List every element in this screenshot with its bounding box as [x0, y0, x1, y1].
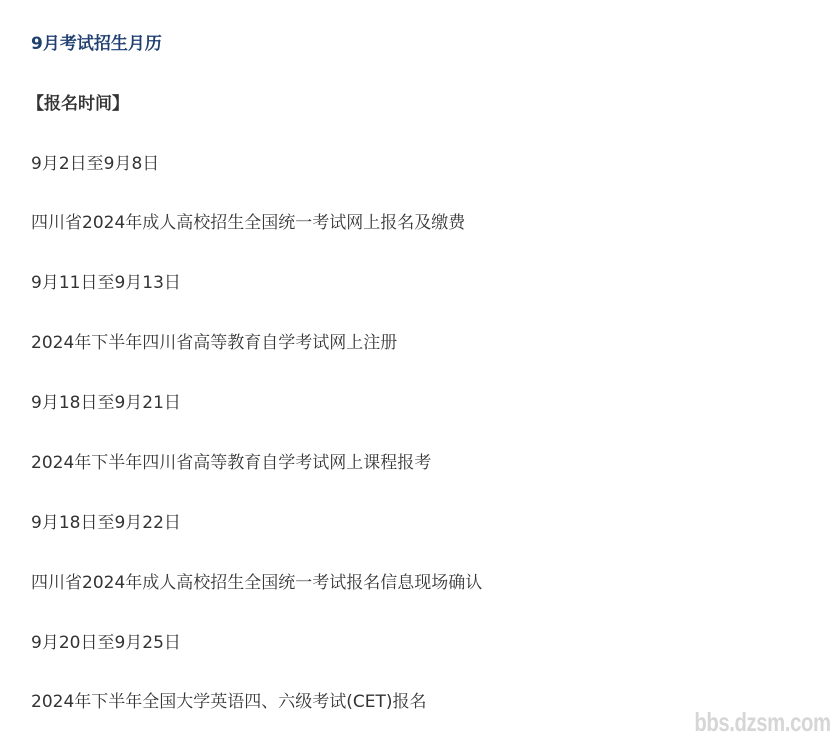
entry-date: 9月11日至9月13日 [31, 271, 181, 295]
entry-event: 2024年下半年四川省高等教育自学考试网上课程报考 [31, 451, 431, 475]
entry-event: 四川省2024年成人高校招生全国统一考试报名信息现场确认 [31, 571, 482, 595]
watermark: bbs.dzsm.com [695, 707, 831, 738]
entry-date: 9月18日至9月21日 [31, 391, 181, 415]
entry-event: 四川省2024年成人高校招生全国统一考试网上报名及缴费 [31, 211, 465, 235]
article-title: 9月考试招生月历 [31, 32, 162, 56]
entry-date: 9月20日至9月25日 [31, 631, 181, 655]
entry-event: 2024年下半年四川省高等教育自学考试网上注册 [31, 331, 397, 355]
entry-date: 9月2日至9月8日 [31, 152, 159, 176]
section-heading-registration: 【报名时间】 [27, 92, 129, 116]
entry-event: 2024年下半年全国大学英语四、六级考试(CET)报名 [31, 690, 427, 714]
entry-date: 9月18日至9月22日 [31, 511, 181, 535]
